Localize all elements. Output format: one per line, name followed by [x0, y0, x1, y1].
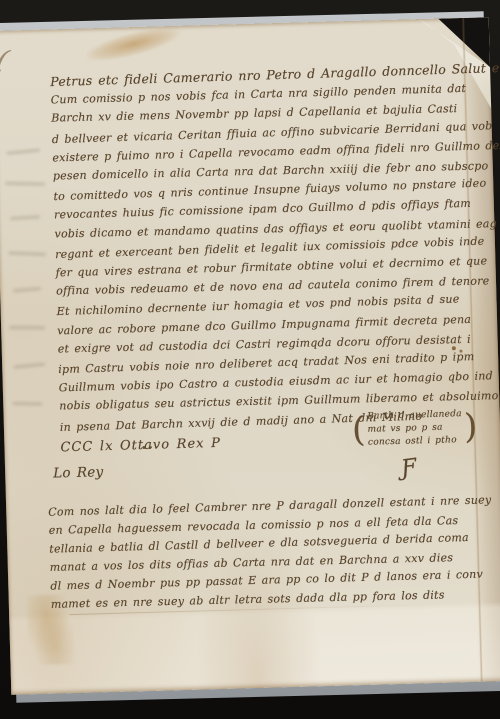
show-through: [12, 402, 42, 406]
note-close-brace: ): [464, 421, 478, 434]
show-through: [13, 363, 45, 369]
note-line: Barth d auellaneda: [367, 408, 462, 424]
pen-flourish: (: [0, 44, 12, 76]
manuscript-photo: ( Petrus etc fideli Camerario nro Petro …: [0, 0, 500, 719]
ink-specks: [142, 446, 145, 449]
marginal-note: ( Barth d auellaneda mat vs po p sa conc…: [352, 408, 479, 450]
paraph-mark: Ƒ: [400, 455, 419, 482]
note-open-brace: (: [352, 424, 366, 437]
note-line: concsa ostl i ptho: [368, 434, 463, 450]
catalan-letter-heading: Lo Rey: [53, 464, 104, 481]
show-through: [8, 251, 46, 256]
show-through: [13, 287, 41, 292]
show-through: [5, 182, 45, 186]
show-through: [6, 149, 40, 155]
latin-letter-text: Petrus etc fideli Camerario nro Petro d …: [50, 60, 465, 457]
stain-streak: [84, 21, 182, 66]
catalan-letter-text: Com nos lalt dia lo feel Cambrer nre P d…: [48, 492, 471, 615]
manuscript-page: ( Petrus etc fideli Camerario nro Petro …: [0, 17, 500, 695]
show-through: [10, 215, 40, 220]
show-through: [9, 326, 45, 329]
